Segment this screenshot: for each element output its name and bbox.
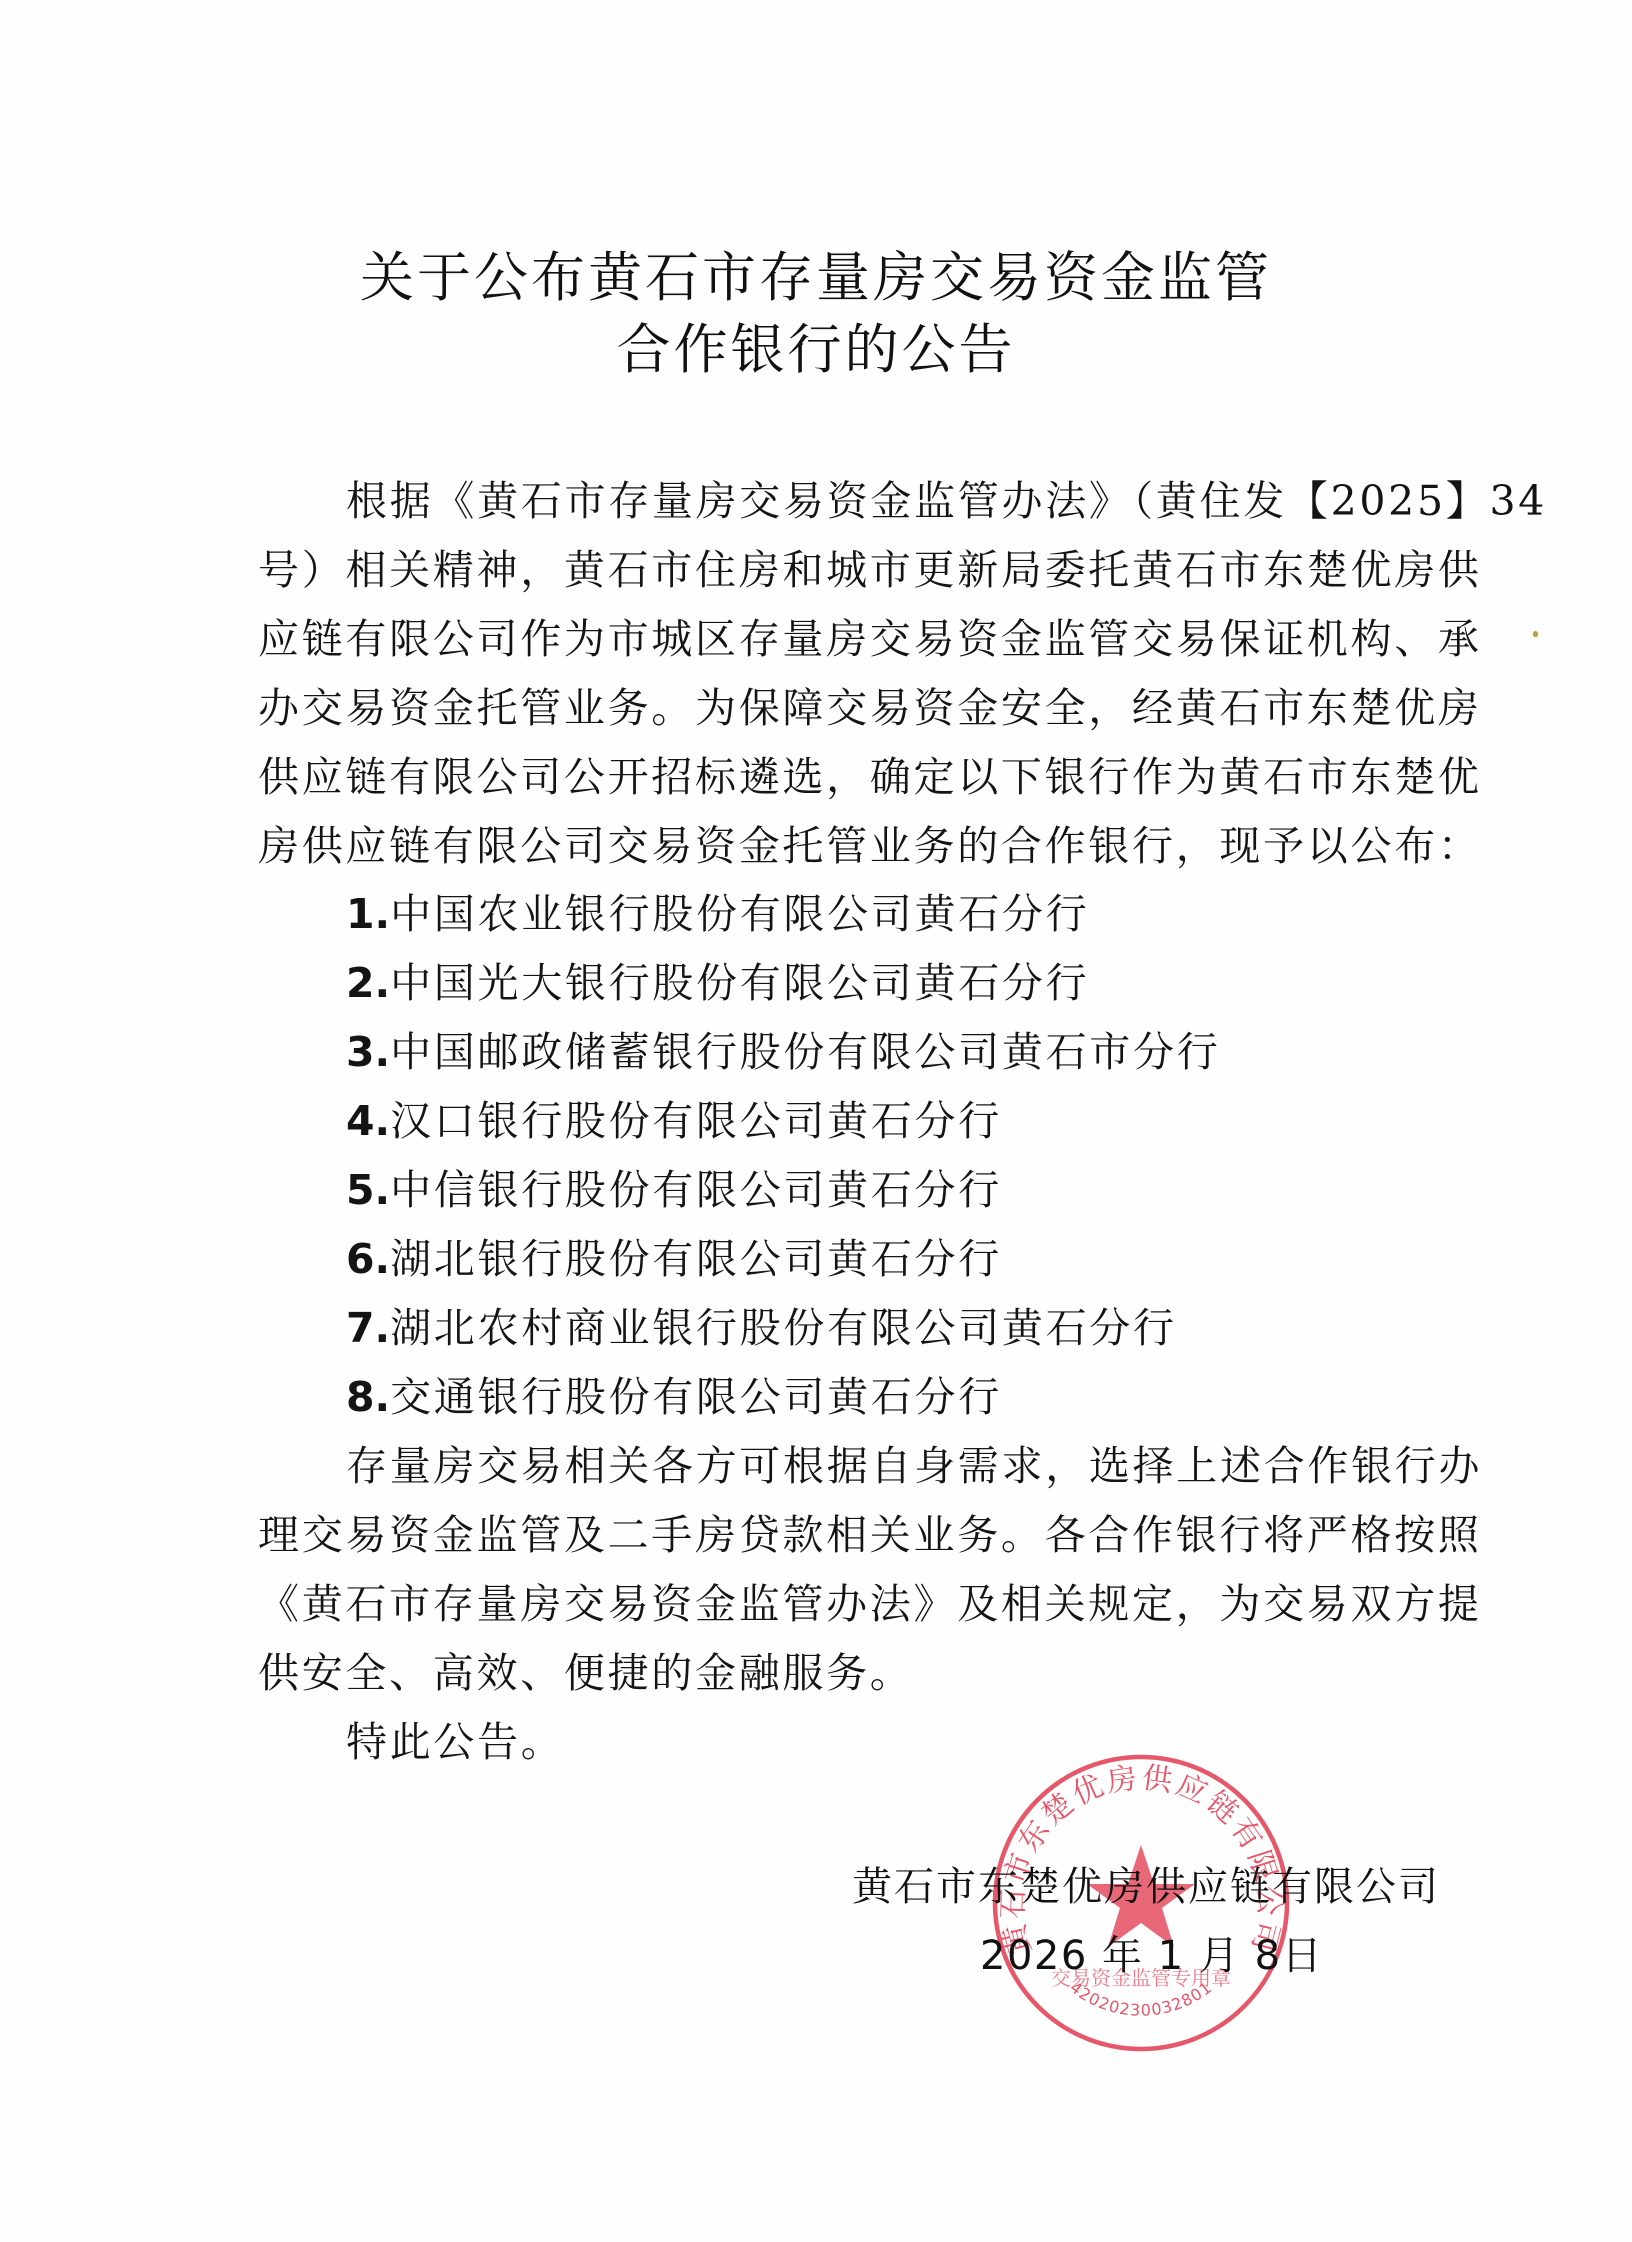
bank-list-item: 4.汉口银行股份有限公司黄石分行	[346, 1096, 1002, 1146]
paragraph-line: 《黄石市存量房交易资金监管办法》及相关规定，为交易双方提	[258, 1579, 1452, 1629]
document-title-line-2: 合作银行的公告	[0, 320, 1632, 380]
bank-name: 湖北银行股份有限公司黄石分行	[390, 1235, 1002, 1283]
bank-name: 中国光大银行股份有限公司黄石分行	[390, 959, 1089, 1007]
bank-list-item: 1.中国农业银行股份有限公司黄石分行	[346, 889, 1089, 939]
bank-number: 4.	[346, 1097, 390, 1145]
date-month-unit: 月	[1199, 1933, 1241, 1979]
issuer-name: 黄石市东楚优房供应链有限公司	[852, 1862, 1440, 1912]
bank-number: 3.	[346, 1028, 390, 1076]
paragraph-line: 房供应链有限公司交易资金托管业务的合作银行，现予以公布：	[258, 821, 1452, 871]
paragraph-line: 存量房交易相关各方可根据自身需求，选择上述合作银行办	[346, 1441, 1452, 1491]
paragraph-line: 供应链有限公司公开招标遴选，确定以下银行作为黄石市东楚优	[258, 752, 1452, 802]
bank-number: 7.	[346, 1304, 390, 1352]
date-day: 8	[1255, 1933, 1282, 1979]
document-page: 关于公布黄石市存量房交易资金监管 合作银行的公告 根据《黄石市存量房交易资金监管…	[0, 0, 1632, 2242]
bank-list-item: 7.湖北农村商业银行股份有限公司黄石分行	[346, 1303, 1177, 1353]
bank-name: 中国邮政储蓄银行股份有限公司黄石市分行	[390, 1028, 1220, 1076]
paragraph-line: 办交易资金托管业务。为保障交易资金安全，经黄石市东楚优房	[258, 683, 1452, 733]
date-month: 1	[1158, 1933, 1185, 1979]
paragraph-line: 应链有限公司作为市城区存量房交易资金监管交易保证机构、承	[258, 614, 1452, 664]
paragraph-line: 供安全、高效、便捷的金融服务。	[258, 1648, 914, 1698]
date-year: 2026	[980, 1933, 1088, 1979]
issue-date: 2026 年 1 月 8日	[980, 1931, 1323, 1981]
paragraph-line: 理交易资金监管及二手房贷款相关业务。各合作银行将严格按照	[258, 1510, 1452, 1560]
bank-name: 中国农业银行股份有限公司黄石分行	[390, 890, 1089, 938]
bank-number: 6.	[346, 1235, 390, 1283]
scan-speck	[1533, 631, 1538, 637]
document-title-line-1: 关于公布黄石市存量房交易资金监管	[0, 248, 1632, 308]
paragraph-line: 根据《黄石市存量房交易资金监管办法》（黄住发【2025】34	[346, 476, 1452, 526]
bank-name: 湖北农村商业银行股份有限公司黄石分行	[390, 1304, 1177, 1352]
paragraph-line: 号）相关精神，黄石市住房和城市更新局委托黄石市东楚优房供	[258, 545, 1452, 595]
bank-number: 1.	[346, 890, 390, 938]
bank-number: 5.	[346, 1166, 390, 1214]
bank-name: 汉口银行股份有限公司黄石分行	[390, 1097, 1002, 1145]
bank-list-item: 6.湖北银行股份有限公司黄石分行	[346, 1234, 1002, 1284]
bank-number: 8.	[346, 1373, 390, 1421]
date-day-unit: 日	[1282, 1933, 1324, 1979]
bank-number: 2.	[346, 959, 390, 1007]
bank-name: 中信银行股份有限公司黄石分行	[390, 1166, 1002, 1214]
bank-name: 交通银行股份有限公司黄石分行	[390, 1373, 1002, 1421]
bank-list-item: 5.中信银行股份有限公司黄石分行	[346, 1165, 1002, 1215]
bank-list-item: 8.交通银行股份有限公司黄石分行	[346, 1372, 1002, 1422]
date-year-unit: 年	[1102, 1933, 1144, 1979]
bank-list-item: 2.中国光大银行股份有限公司黄石分行	[346, 958, 1089, 1008]
bank-list-item: 3.中国邮政储蓄银行股份有限公司黄石市分行	[346, 1027, 1220, 1077]
closing-remark: 特此公告。	[346, 1717, 565, 1767]
